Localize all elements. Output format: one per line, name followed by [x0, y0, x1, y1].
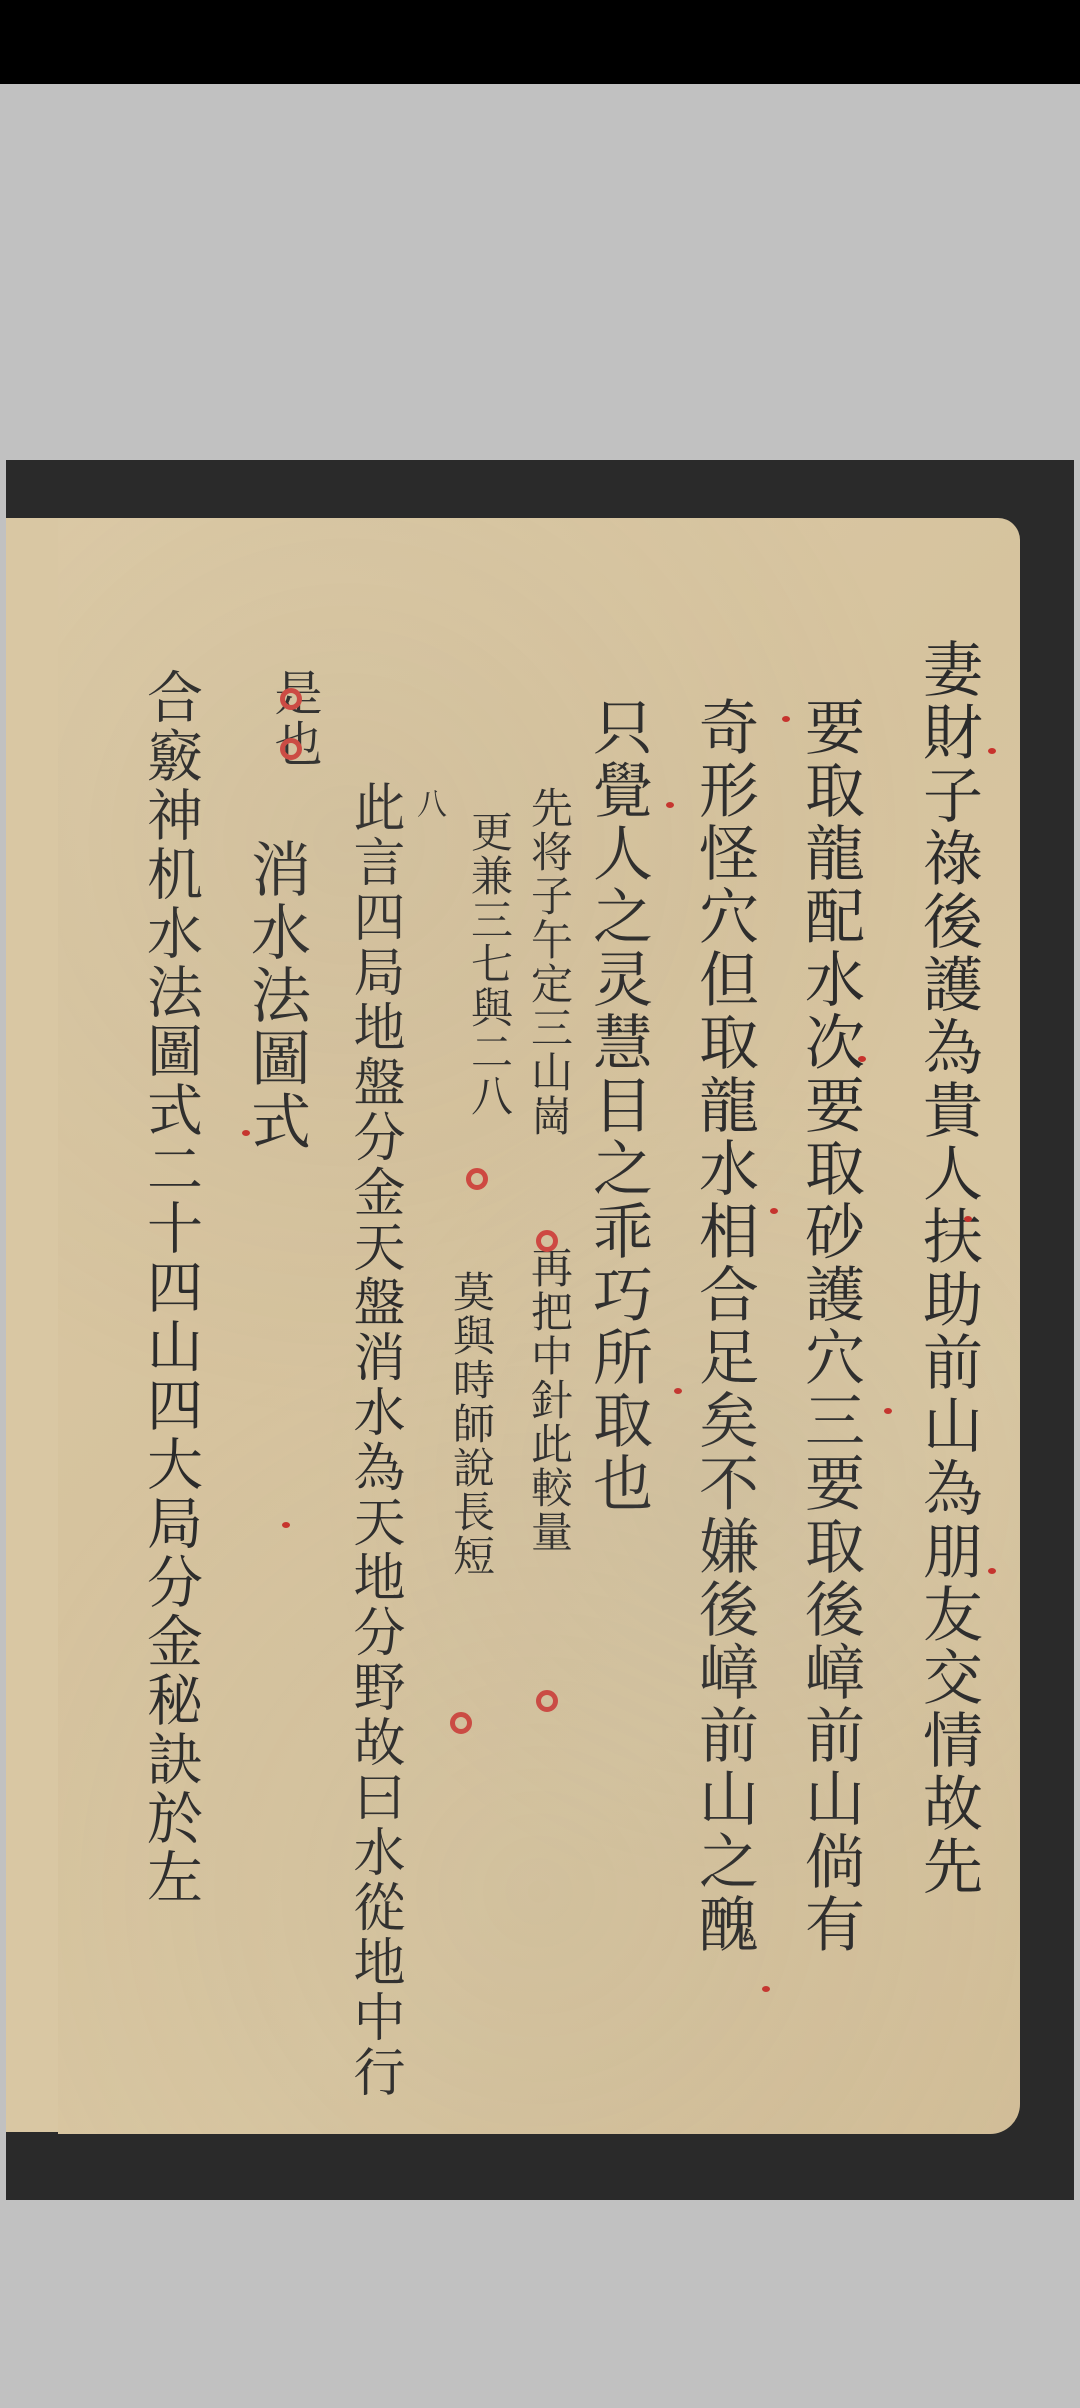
text-column-3: 奇形怪穴但取龍水相合足矣不嫌後嶂前山之醜: [694, 696, 754, 1956]
red-punctuation-dot: [242, 1130, 250, 1136]
red-punctuation-dot: [884, 1408, 892, 1414]
manuscript-page: 妻財子祿後護為貴人扶助前山為朋友交情故先 要取龍配水次要取砂護穴三要取後嶂前山倘…: [58, 518, 1020, 2134]
image-viewer[interactable]: 妻財子祿後護為貴人扶助前山為朋友交情故先 要取龍配水次要取砂護穴三要取後嶂前山倘…: [0, 84, 1080, 2408]
status-bar: [0, 0, 1080, 84]
text-column-7: 此言四局地盤分金天盤消水為天地分野故曰水從地中行: [348, 780, 400, 2100]
red-punctuation-dot: [770, 1208, 778, 1214]
text-column-2: 要取龍配水次要取砂護穴三要取後嶂前山倘有: [800, 696, 860, 1956]
marginal-note: 八: [413, 788, 443, 820]
text-column-9: 合竅神机水法圖式二十四山四大局分金秘訣於左: [142, 668, 198, 1907]
red-punctuation-dot: [988, 748, 996, 754]
scanned-page-image: 妻財子祿後護為貴人扶助前山為朋友交情故先 要取龍配水次要取砂護穴三要取後嶂前山倘…: [6, 460, 1074, 2200]
red-circle-mark: [450, 1712, 472, 1734]
red-punctuation-dot: [674, 1388, 682, 1394]
red-punctuation-dot: [282, 1522, 290, 1528]
red-punctuation-dot: [666, 802, 674, 808]
verse-line-1: 先将子午定三山崗: [528, 786, 570, 1138]
section-heading: 消水法圖式: [246, 838, 306, 1153]
adjacent-page-edge: [6, 518, 60, 2132]
red-punctuation-dot: [762, 1986, 770, 1992]
verse-line-4: 莫與時師說長短: [450, 1270, 492, 1578]
red-punctuation-dot: [782, 716, 790, 722]
red-circle-mark: [280, 738, 302, 760]
red-punctuation-dot: [858, 1056, 866, 1062]
red-circle-mark: [280, 688, 302, 710]
text-column-1: 妻財子祿後護為貴人扶助前山為朋友交情故先: [918, 638, 978, 1898]
verse-line-2: 再把中針此較量: [528, 1246, 570, 1554]
verse-line-3: 更兼三七與二八: [468, 810, 510, 1118]
red-circle-mark: [536, 1230, 558, 1252]
text-column-4: 只覺人之灵慧目之乖巧所取也: [588, 696, 648, 1515]
red-circle-mark: [536, 1690, 558, 1712]
red-punctuation-dot: [964, 1216, 972, 1222]
red-punctuation-dot: [988, 1568, 996, 1574]
red-circle-mark: [466, 1168, 488, 1190]
